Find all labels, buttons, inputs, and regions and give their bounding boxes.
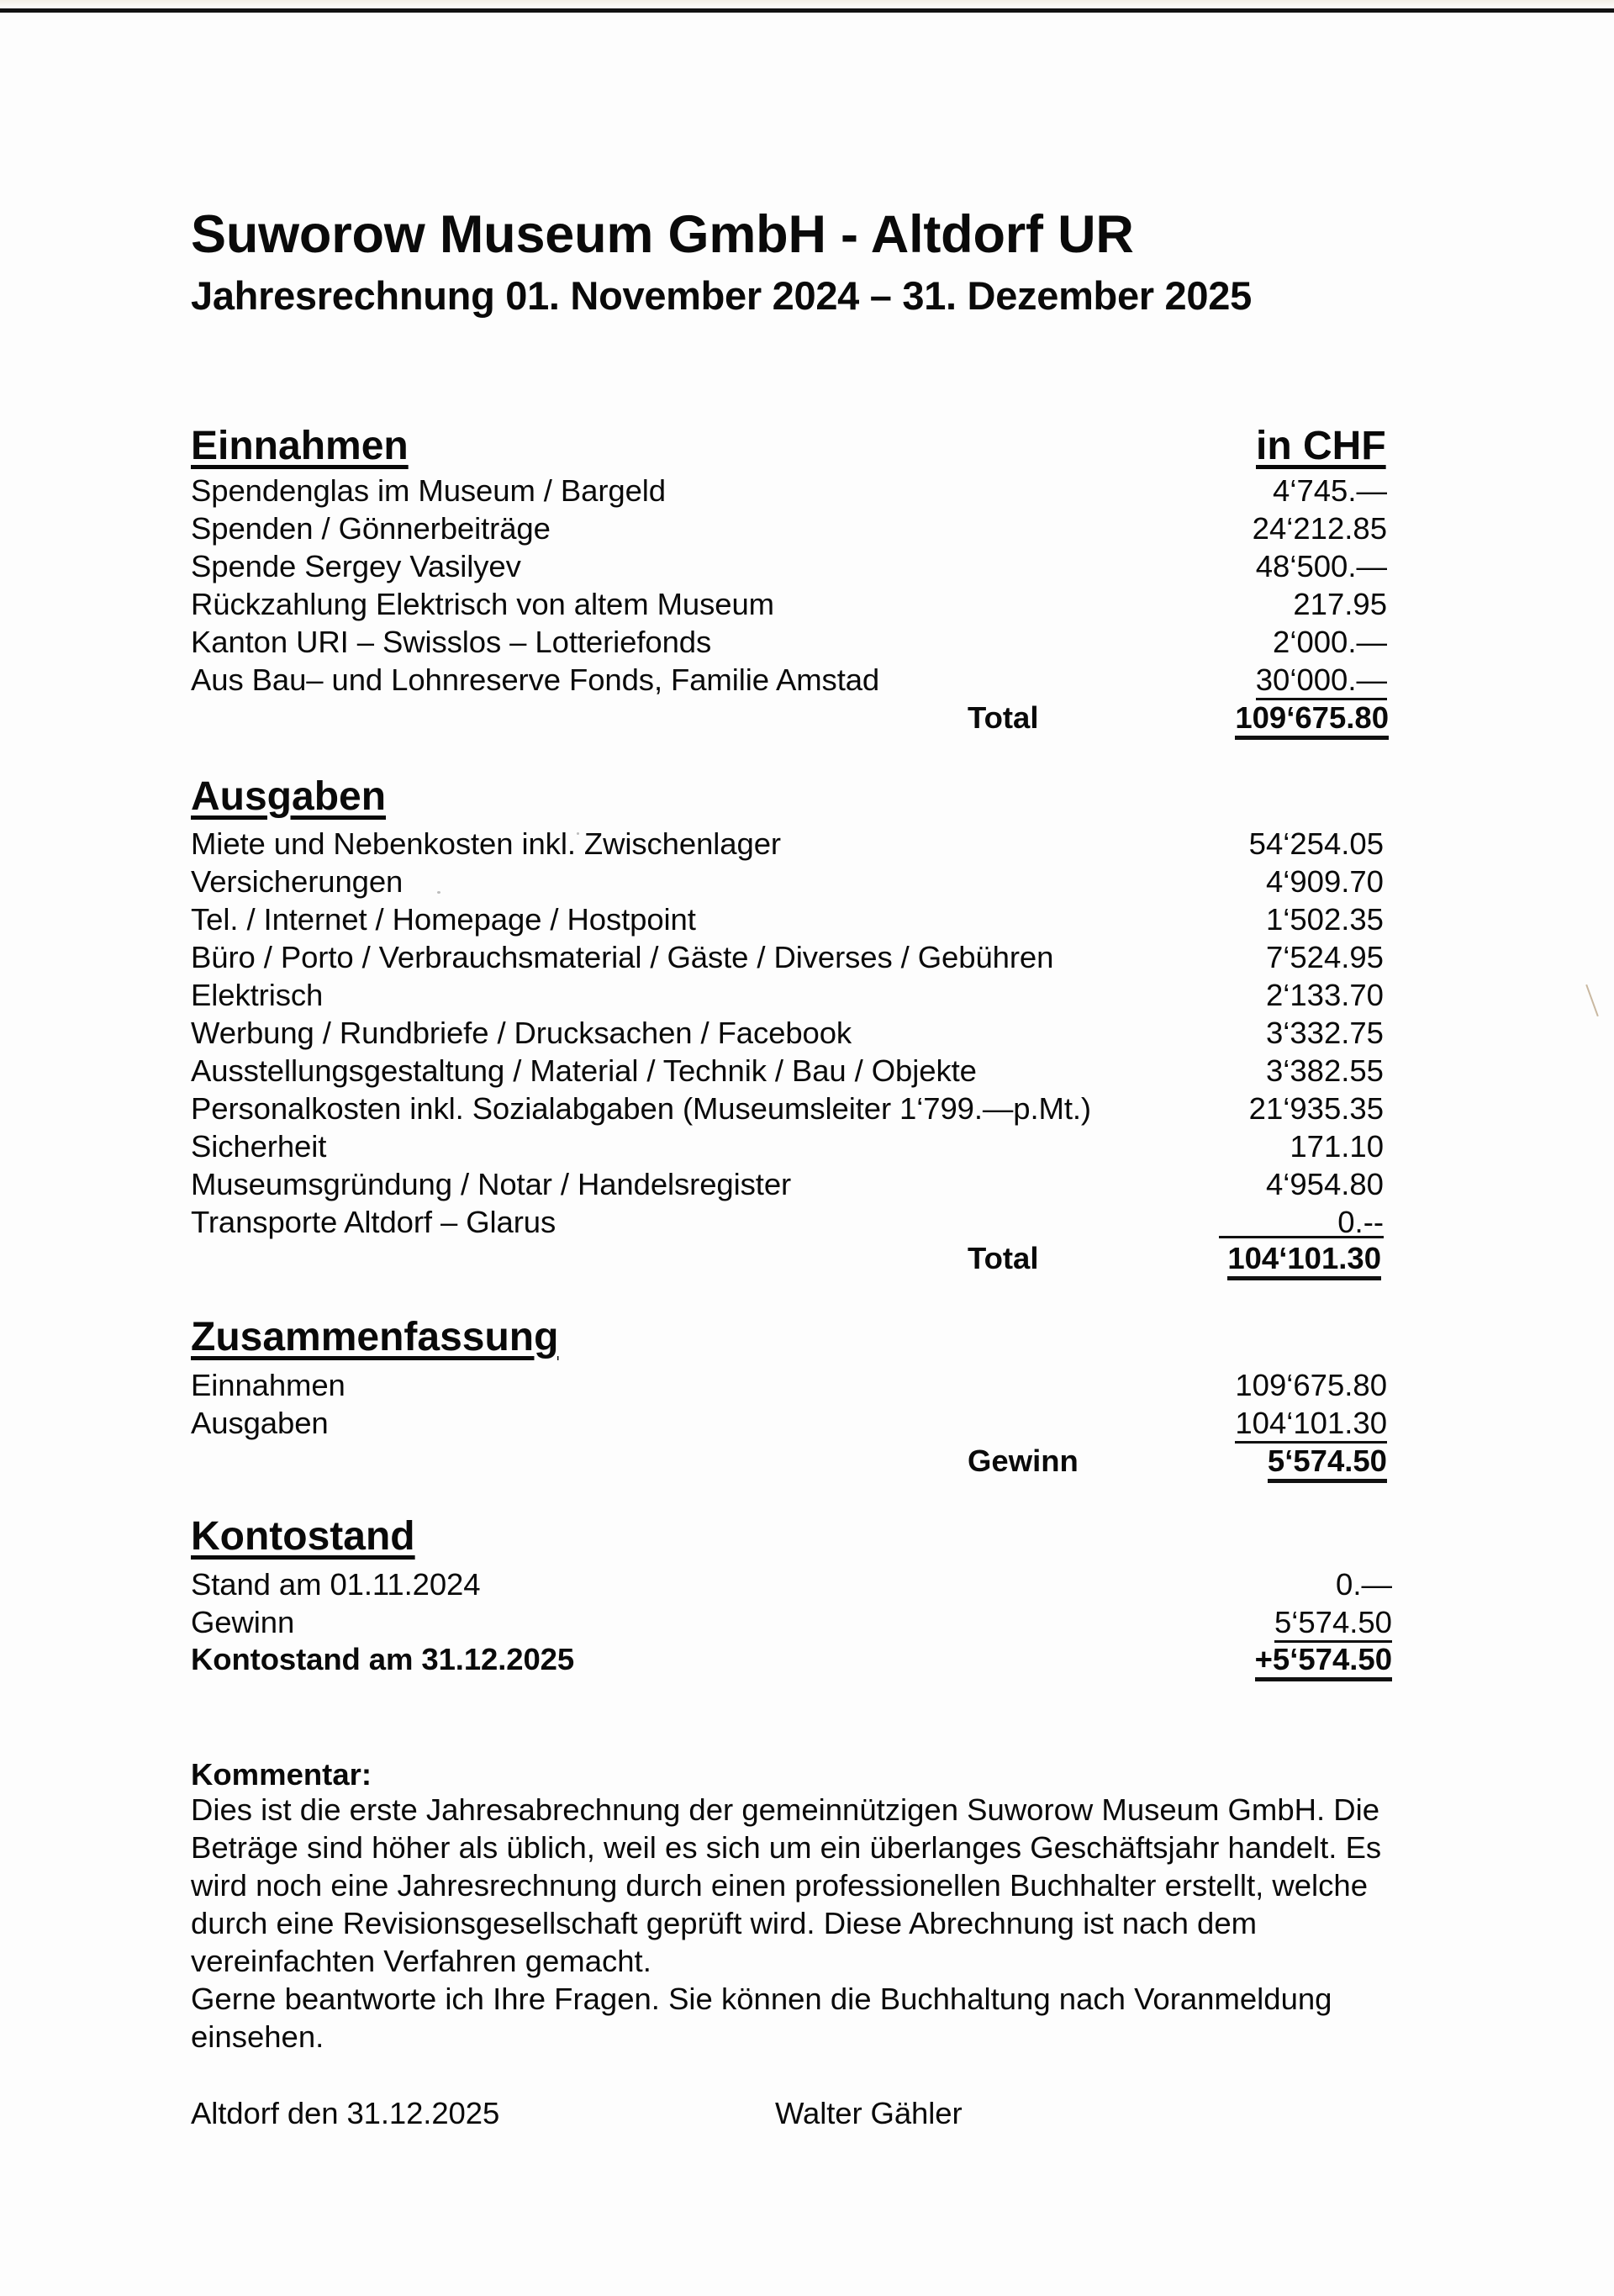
ausgaben-row-amount: 4‘909.70 — [1047, 864, 1384, 900]
ausgaben-row-amount: 21‘935.35 — [1047, 1091, 1384, 1127]
summary-ausgaben-label: Ausgaben — [191, 1406, 329, 1441]
ausgaben-row-amount: 2‘133.70 — [1047, 978, 1384, 1013]
ausgaben-row-label: Museumsgründung / Notar / Handelsregiste… — [191, 1167, 791, 1202]
section-heading-einnahmen: Einnahmen — [191, 423, 409, 469]
section-heading-ausgaben: Ausgaben — [191, 773, 386, 820]
ausgaben-row-amount: 7‘524.95 — [1047, 940, 1384, 975]
ausgaben-total-label: Total — [968, 1241, 1038, 1276]
ausgaben-sum-line — [1219, 1236, 1384, 1238]
ausgaben-row-label: Tel. / Internet / Homepage / Hostpoint — [191, 902, 696, 937]
kontostand-gewinn-label: Gewinn — [191, 1605, 294, 1640]
einnahmen-total-label: Total — [968, 700, 1038, 736]
ausgaben-row-amount: 171.10 — [1047, 1129, 1384, 1164]
ausgaben-row-label: Personalkosten inkl. Sozialabgaben (Muse… — [191, 1091, 1091, 1127]
place-date: Altdorf den 31.12.2025 — [191, 2096, 499, 2131]
einnahmen-row-amount: 30‘000.— — [1051, 662, 1387, 698]
summary-einnahmen-amount: 109‘675.80 — [1051, 1368, 1387, 1403]
ausgaben-row-label: Elektrisch — [191, 978, 323, 1013]
ausgaben-row-label: Miete und Nebenkosten inkl. Zwischenlage… — [191, 826, 781, 862]
ausgaben-row-amount: 4‘954.80 — [1047, 1167, 1384, 1202]
section-heading-zusammenfassung: Zusammenfassung — [191, 1314, 558, 1360]
signature-name: Walter Gähler — [775, 2096, 963, 2131]
einnahmen-row-amount: 48‘500.— — [1051, 549, 1387, 584]
stand-label: Stand am 01.11.2024 — [191, 1567, 480, 1602]
ausgaben-row-amount: 3‘332.75 — [1047, 1016, 1384, 1051]
ausgaben-row-amount: 0.-- — [1047, 1205, 1384, 1240]
einnahmen-row-label: Spendenglas im Museum / Bargeld — [191, 473, 666, 509]
ausgaben-row-label: Büro / Porto / Verbrauchsmaterial / Gäst… — [191, 940, 1053, 975]
scan-artifact — [1585, 984, 1599, 1016]
ausgaben-row-label: Ausstellungsgestaltung / Material / Tech… — [191, 1053, 977, 1089]
einnahmen-row-label: Aus Bau– und Lohnreserve Fonds, Familie … — [191, 662, 879, 698]
ausgaben-row-amount: 3‘382.55 — [1047, 1053, 1384, 1089]
summary-ausgaben-amount: 104‘101.30 — [1051, 1406, 1387, 1441]
einnahmen-row-label: Spende Sergey Vasilyev — [191, 549, 521, 584]
einnahmen-row-label: Kanton URI – Swisslos – Lotteriefonds — [191, 625, 711, 660]
kommentar-paragraph-1: Dies ist die erste Jahresabrechnung der … — [191, 1791, 1435, 1980]
ausgaben-row-label: Sicherheit — [191, 1129, 326, 1164]
einnahmen-row-amount: 2‘000.— — [1051, 625, 1387, 660]
kontostand-final-amount: +5‘574.50 — [1056, 1642, 1392, 1677]
scan-edge — [0, 0, 1614, 8]
ausgaben-total: 104‘101.30 — [1045, 1241, 1381, 1276]
scan-artifact — [577, 832, 579, 835]
einnahmen-row-label: Rückzahlung Elektrisch von altem Museum — [191, 587, 774, 622]
currency-header: in CHF — [1256, 423, 1386, 469]
document-title: Suworow Museum GmbH - Altdorf UR — [191, 204, 1134, 265]
kommentar-paragraph-2: Gerne beantworte ich Ihre Fragen. Sie kö… — [191, 1980, 1435, 2056]
stand-amount: 0.— — [1056, 1567, 1392, 1602]
scan-artifact — [437, 891, 440, 894]
einnahmen-row-amount: 24‘212.85 — [1051, 511, 1387, 546]
kontostand-gewinn-amount: 5‘574.50 — [1056, 1605, 1392, 1640]
scan-edge-line — [0, 8, 1614, 13]
einnahmen-row-amount: 217.95 — [1051, 587, 1387, 622]
kommentar-heading: Kommentar: — [191, 1757, 372, 1792]
einnahmen-row-label: Spenden / Gönnerbeiträge — [191, 511, 551, 546]
section-heading-kontostand: Kontostand — [191, 1513, 415, 1560]
gewinn-amount: 5‘574.50 — [1051, 1444, 1387, 1479]
einnahmen-total: 109‘675.80 — [1052, 700, 1389, 736]
kontostand-final-label: Kontostand am 31.12.2025 — [191, 1642, 574, 1677]
einnahmen-row-amount: 4‘745.— — [1051, 473, 1387, 509]
ausgaben-row-amount: 1‘502.35 — [1047, 902, 1384, 937]
ausgaben-row-label: Versicherungen — [191, 864, 403, 900]
ausgaben-row-amount: 54‘254.05 — [1047, 826, 1384, 862]
ausgaben-row-label: Transporte Altdorf – Glarus — [191, 1205, 556, 1240]
document-subtitle: Jahresrechnung 01. November 2024 – 31. D… — [191, 272, 1252, 319]
ausgaben-row-label: Werbung / Rundbriefe / Drucksachen / Fac… — [191, 1016, 852, 1051]
summary-einnahmen-label: Einnahmen — [191, 1368, 345, 1403]
